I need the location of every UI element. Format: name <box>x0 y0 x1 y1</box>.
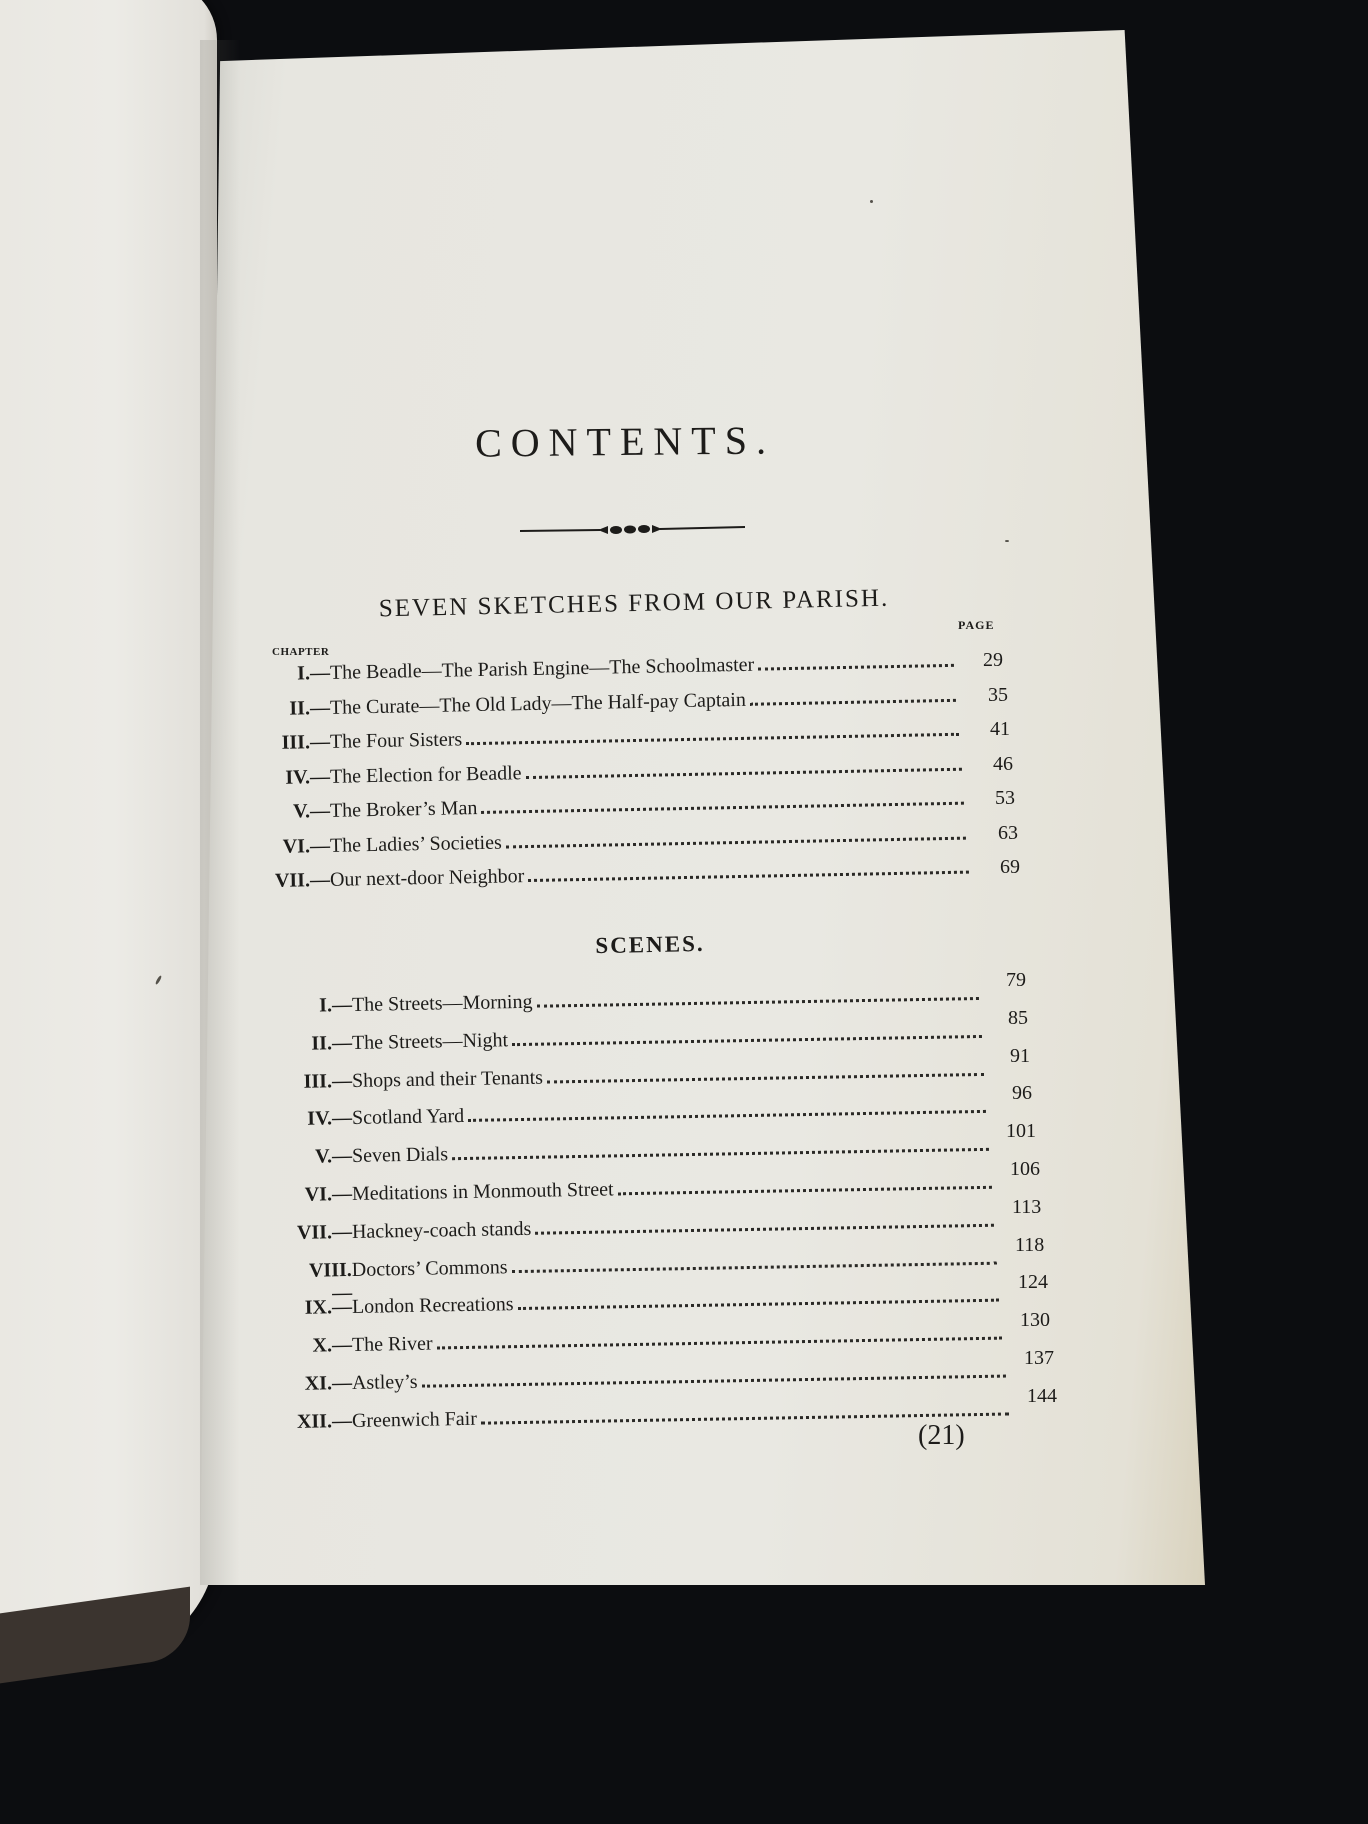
dot-leader <box>758 664 954 671</box>
toc-entry: I.—The Beadle—The Parish Engine—The Scho… <box>270 650 960 686</box>
toc-entry: XI.—Astley’s <box>292 1360 1012 1396</box>
chapter-numeral: IX.— <box>292 1296 352 1320</box>
chapter-page-number: 113 <box>1012 1196 1041 1219</box>
dot-leader <box>512 1261 997 1272</box>
chapter-numeral: VII.— <box>270 869 330 893</box>
page-number: (21) <box>918 1420 965 1452</box>
chapter-numeral: VII.— <box>292 1221 352 1245</box>
toc-entry: VI.—The Ladies’ Societies <box>270 822 972 858</box>
dot-leader <box>618 1186 992 1196</box>
toc-entry: III.—The Four Sisters <box>270 719 965 755</box>
dot-leader <box>547 1073 984 1084</box>
chapter-title: Our next-door Neighbor <box>330 865 525 892</box>
chapter-title: Doctors’ Commons <box>352 1256 508 1282</box>
chapter-numeral: V.— <box>270 800 330 824</box>
toc-entry: III.—Shops and their Tenants <box>292 1058 990 1093</box>
chapter-title: The Broker’s Man <box>330 797 478 823</box>
chapter-page-number: 69 <box>1000 856 1020 879</box>
chapter-title: London Recreations <box>352 1294 514 1320</box>
toc-entry: XII.—Greenwich Fair <box>292 1398 1015 1434</box>
page-column-label: PAGE <box>958 618 994 633</box>
contents-page: CONTENTS. SEVEN SKETCHES FROM OUR PARISH… <box>0 0 1368 1824</box>
chapter-page-number: 106 <box>1010 1158 1040 1181</box>
toc-entry: V.—The Broker’s Man <box>270 788 970 824</box>
dot-leader <box>468 1110 986 1122</box>
chapter-title: Seven Dials <box>352 1143 448 1168</box>
dot-leader <box>518 1299 999 1310</box>
chapter-page-number: 85 <box>1008 1007 1028 1030</box>
toc-entry: VII.—Hackney-coach stands <box>292 1209 1000 1244</box>
chapter-page-number: 46 <box>993 753 1013 776</box>
chapter-numeral: X.— <box>292 1334 352 1358</box>
dot-leader <box>526 767 962 778</box>
toc-entry: VII.—Our next-door Neighbor <box>270 856 975 893</box>
chapter-title: The Curate—The Old Lady—The Half-pay Cap… <box>330 688 746 719</box>
chapter-numeral: XI.— <box>292 1372 352 1396</box>
chapter-page-number: 144 <box>1027 1385 1057 1408</box>
chapter-page-number: 63 <box>998 822 1018 845</box>
chapter-title: The Election for Beadle <box>330 762 522 789</box>
chapter-page-number: 96 <box>1012 1082 1032 1105</box>
dot-leader <box>537 997 979 1008</box>
chapter-title: The Streets—Morning <box>352 991 533 1017</box>
chapter-title: Astley’s <box>352 1371 418 1395</box>
chapter-title: The Streets—Night <box>352 1029 508 1055</box>
chapter-page-number: 35 <box>988 684 1008 707</box>
dot-leader <box>512 1035 982 1046</box>
dot-leader <box>466 733 959 745</box>
chapter-page-number: 137 <box>1024 1347 1054 1370</box>
toc-entry: II.—The Curate—The Old Lady—The Half-pay… <box>270 684 962 720</box>
chapter-title: Meditations in Monmouth Street <box>352 1178 614 1206</box>
chapter-title: Scotland Yard <box>352 1105 465 1130</box>
chapter-numeral: III.— <box>270 731 330 755</box>
toc-entry: IV.—Scotland Yard <box>292 1096 992 1131</box>
dot-leader <box>481 802 964 814</box>
ornament-divider-icon <box>520 522 745 536</box>
chapter-numeral: V.— <box>292 1145 352 1169</box>
chapter-numeral: I.— <box>292 994 352 1018</box>
page-title: CONTENTS. <box>0 411 1250 471</box>
chapter-page-number: 41 <box>990 718 1010 741</box>
paper-speck <box>1005 540 1009 542</box>
dot-leader <box>535 1224 994 1235</box>
chapter-page-number: 79 <box>1006 969 1026 992</box>
chapter-page-number: 53 <box>995 787 1015 810</box>
chapter-title: The River <box>352 1333 433 1357</box>
chapter-numeral: II.— <box>292 1032 352 1056</box>
toc-entry: X.—The River <box>292 1323 1008 1358</box>
chapter-numeral: IV.— <box>292 1107 352 1131</box>
section-heading-scenes: SCENES. <box>0 918 1300 971</box>
chapter-title: Shops and their Tenants <box>352 1066 543 1092</box>
chapter-numeral: II.— <box>270 696 330 720</box>
chapter-page-number: 29 <box>983 649 1003 672</box>
chapter-numeral: I.— <box>270 662 330 686</box>
chapter-page-number: 130 <box>1020 1309 1050 1332</box>
toc-entry: II.—The Streets—Night <box>292 1021 988 1056</box>
chapter-title: Greenwich Fair <box>352 1408 477 1433</box>
dot-leader <box>528 871 969 882</box>
toc-entry: IV.—The Election for Beadle <box>270 753 968 789</box>
dot-leader <box>750 698 956 705</box>
dot-leader <box>437 1337 1002 1350</box>
toc-entry: VI.—Meditations in Monmouth Street <box>292 1172 998 1207</box>
chapter-numeral: III.— <box>292 1070 352 1094</box>
toc-entry: V.—Seven Dials <box>292 1134 995 1169</box>
chapter-title: The Ladies’ Societies <box>330 831 502 857</box>
paper-speck <box>870 200 873 203</box>
chapter-column-label: CHAPTER <box>272 646 329 658</box>
chapter-page-number: 101 <box>1006 1120 1036 1143</box>
chapter-numeral: XII.— <box>292 1410 352 1434</box>
paper-speck <box>155 975 163 985</box>
chapter-numeral: VI.— <box>270 834 330 858</box>
chapter-page-number: 118 <box>1015 1234 1044 1257</box>
toc-entry: I.—The Streets—Morning <box>292 983 985 1018</box>
chapter-page-number: 124 <box>1018 1271 1048 1294</box>
chapter-numeral: VI.— <box>292 1183 352 1207</box>
chapter-page-number: 91 <box>1010 1045 1030 1068</box>
chapter-title: The Beadle—The Parish Engine—The Schoolm… <box>330 654 755 685</box>
chapter-title: The Four Sisters <box>330 728 463 754</box>
chapter-numeral: IV.— <box>270 765 330 789</box>
chapter-title: Hackney-coach stands <box>352 1218 532 1244</box>
dot-leader <box>452 1148 989 1160</box>
section-heading-parish: SEVEN SKETCHES FROM OUR PARISH. <box>0 577 1268 632</box>
dot-leader <box>506 836 966 848</box>
dot-leader <box>422 1375 1006 1388</box>
